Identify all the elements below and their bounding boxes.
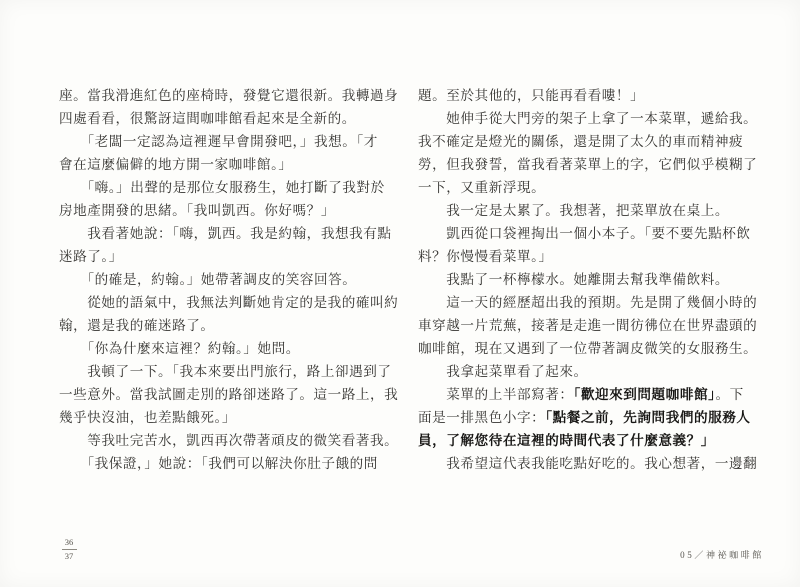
text-line: 一下，又重新浮現。 xyxy=(418,176,748,199)
text-segment: 這一天的經歷超出我的預期。先是開了幾個小時的 xyxy=(418,295,757,310)
text-segment: 「嗨。」出聲的是那位女服務生，她打斷了我對於 xyxy=(59,180,385,195)
text-segment: 從她的語氣中，我無法判斷她肯定的是我的確叫約 xyxy=(59,295,398,310)
text-line: 勞，但我發誓，當我看著菜單上的字，它們似乎模糊了 xyxy=(418,153,748,176)
text-line: 「我保證，」她說：「我們可以解決你肚子餓的問 xyxy=(59,452,387,475)
text-segment: 。下 xyxy=(715,387,743,402)
text-line: 我拿起菜單看了起來。 xyxy=(418,360,748,383)
folio-page-numbers: 36 37 xyxy=(60,537,78,562)
bold-text-segment: 「歡迎來到問題咖啡館」 xyxy=(574,387,716,402)
bold-text-segment: 「點餐之前，先詢問我們的服務人 xyxy=(545,410,750,425)
text-segment: 四處看看，很驚訝這間咖啡館看起來是全新的。 xyxy=(59,111,356,126)
text-segment: 「你為什麼來這裡？約翰。」她問。 xyxy=(59,341,300,356)
text-line: 「嗨。」出聲的是那位女服務生，她打斷了我對於 xyxy=(59,176,387,199)
text-line: 車穿越一片荒蕪，接著是走進一間彷彿位在世界盡頭的 xyxy=(418,314,748,337)
text-segment: 菜單的上半部寫著： xyxy=(418,387,574,402)
left-page-text-column: 座。當我滑進紅色的座椅時，發覺它還很新。我轉過身四處看看，很驚訝這間咖啡館看起來… xyxy=(59,84,387,475)
text-segment: 我一定是太累了。我想著，把菜單放在桌上。 xyxy=(418,203,729,218)
text-line: 四處看看，很驚訝這間咖啡館看起來是全新的。 xyxy=(59,107,387,130)
text-segment: 翰，還是我的確迷路了。 xyxy=(59,318,215,333)
text-segment: 一些意外。當我試圖走別的路卻迷路了。這一路上，我 xyxy=(59,387,398,402)
text-line: 我頓了一下。「我本來要出門旅行，路上卻遇到了 xyxy=(59,360,387,383)
folio-divider-rule xyxy=(62,549,77,550)
text-segment: 我希望這代表我能吃點好吃的。我心想著，一邊翻 xyxy=(418,456,757,471)
text-line: 迷路了。」 xyxy=(59,245,387,268)
text-line: 我點了一杯檸檬水。她離開去幫我準備飲料。 xyxy=(418,268,748,291)
folio-top-number: 36 xyxy=(65,537,74,547)
text-line: 翰，還是我的確迷路了。 xyxy=(59,314,387,337)
text-line: 凱西從口袋裡掏出一個小本子。「要不要先點杯飲 xyxy=(418,222,748,245)
text-line: 我看著她說：「嗨，凱西。我是約翰，我想我有點 xyxy=(59,222,387,245)
text-segment: 我點了一杯檸檬水。她離開去幫我準備飲料。 xyxy=(418,272,729,287)
text-line: 「老闆一定認為這裡遲早會開發吧，」我想。「才 xyxy=(59,130,387,153)
text-segment: 幾乎快沒油，也差點餓死。」 xyxy=(59,410,236,425)
right-page-text-column: 題。至於其他的，只能再看看嘍！」 她伸手從大門旁的架子上拿了一本菜單，遞給我。我… xyxy=(418,84,748,475)
chapter-number: 05 xyxy=(680,550,694,560)
text-segment: 「的確是，約翰。」她帶著調皮的笑容回答。 xyxy=(59,272,356,287)
text-line: 「的確是，約翰。」她帶著調皮的笑容回答。 xyxy=(59,268,387,291)
text-line: 我不確定是燈光的關係，還是開了太久的車而精神疲 xyxy=(418,130,748,153)
text-segment: 等我吐完苦水，凱西再次帶著頑皮的微笑看著我。 xyxy=(59,433,398,448)
text-line: 她伸手從大門旁的架子上拿了一本菜單，遞給我。 xyxy=(418,107,748,130)
text-line: 這一天的經歷超出我的預期。先是開了幾個小時的 xyxy=(418,291,748,314)
text-segment: 一下，又重新浮現。 xyxy=(418,180,545,195)
text-line: 料？你慢慢看菜單。」 xyxy=(418,245,748,268)
text-segment: 我拿起菜單看了起來。 xyxy=(418,364,588,379)
text-segment: 凱西從口袋裡掏出一個小本子。「要不要先點杯飲 xyxy=(418,226,751,241)
text-segment: 勞，但我發誓，當我看著菜單上的字，它們似乎模糊了 xyxy=(418,157,757,172)
text-line: 一些意外。當我試圖走別的路卻迷路了。這一路上，我 xyxy=(59,383,387,406)
chapter-separator-icon: ／ xyxy=(694,550,706,560)
text-segment: 會在這麼偏僻的地方開一家咖啡館。」 xyxy=(59,157,293,172)
chapter-title: 神祕咖啡館 xyxy=(706,550,764,560)
text-segment: 題。至於其他的，只能再看看嘍！」 xyxy=(418,88,644,103)
text-segment: 面是一排黑色小字： xyxy=(418,410,545,425)
text-segment: 座。當我滑進紅色的座椅時，發覺它還很新。我轉過身 xyxy=(59,88,398,103)
text-line: 題。至於其他的，只能再看看嘍！」 xyxy=(418,84,748,107)
chapter-footer: 05／神祕咖啡館 xyxy=(680,548,764,561)
text-segment: 房地產開發的思緒。「我叫凱西。你好嗎？」 xyxy=(59,203,335,218)
text-line: 座。當我滑進紅色的座椅時，發覺它還很新。我轉過身 xyxy=(59,84,387,107)
text-line: 等我吐完苦水，凱西再次帶著頑皮的微笑看著我。 xyxy=(59,429,387,452)
text-segment: 「老闆一定認為這裡遲早會開發吧，」我想。「才 xyxy=(59,134,378,149)
folio-bottom-number: 37 xyxy=(65,551,74,561)
text-line: 「你為什麼來這裡？約翰。」她問。 xyxy=(59,337,387,360)
text-segment: 我頓了一下。「我本來要出門旅行，路上卻遇到了 xyxy=(59,364,392,379)
text-segment: 我看著她說：「嗨，凱西。我是約翰，我想我有點 xyxy=(59,226,392,241)
text-segment: 我不確定是燈光的關係，還是開了太久的車而精神疲 xyxy=(418,134,743,149)
text-segment: 她伸手從大門旁的架子上拿了一本菜單，遞給我。 xyxy=(418,111,757,126)
text-segment: 咖啡館，現在又遇到了一位帶著調皮微笑的女服務生。 xyxy=(418,341,757,356)
bold-text-segment: 員，了解您待在這裡的時間代表了什麼意義？」 xyxy=(418,433,715,448)
text-segment: 「我保證，」她說：「我們可以解決你肚子餓的問 xyxy=(59,456,378,471)
text-segment: 車穿越一片荒蕪，接著是走進一間彷彿位在世界盡頭的 xyxy=(418,318,757,333)
text-line: 我一定是太累了。我想著，把菜單放在桌上。 xyxy=(418,199,748,222)
book-page-spread: 座。當我滑進紅色的座椅時，發覺它還很新。我轉過身四處看看，很驚訝這間咖啡館看起來… xyxy=(0,0,800,587)
text-line: 咖啡館，現在又遇到了一位帶著調皮微笑的女服務生。 xyxy=(418,337,748,360)
text-line: 菜單的上半部寫著：「歡迎來到問題咖啡館」。下 xyxy=(418,383,748,406)
text-line: 會在這麼偏僻的地方開一家咖啡館。」 xyxy=(59,153,387,176)
text-line: 從她的語氣中，我無法判斷她肯定的是我的確叫約 xyxy=(59,291,387,314)
text-segment: 料？你慢慢看菜單。」 xyxy=(418,249,553,264)
text-line: 幾乎快沒油，也差點餓死。」 xyxy=(59,406,387,429)
text-line: 我希望這代表我能吃點好吃的。我心想著，一邊翻 xyxy=(418,452,748,475)
text-line: 房地產開發的思緒。「我叫凱西。你好嗎？」 xyxy=(59,199,387,222)
text-line: 面是一排黑色小字：「點餐之前，先詢問我們的服務人 xyxy=(418,406,748,429)
text-segment: 迷路了。」 xyxy=(59,249,123,264)
text-line: 員，了解您待在這裡的時間代表了什麼意義？」 xyxy=(418,429,748,452)
